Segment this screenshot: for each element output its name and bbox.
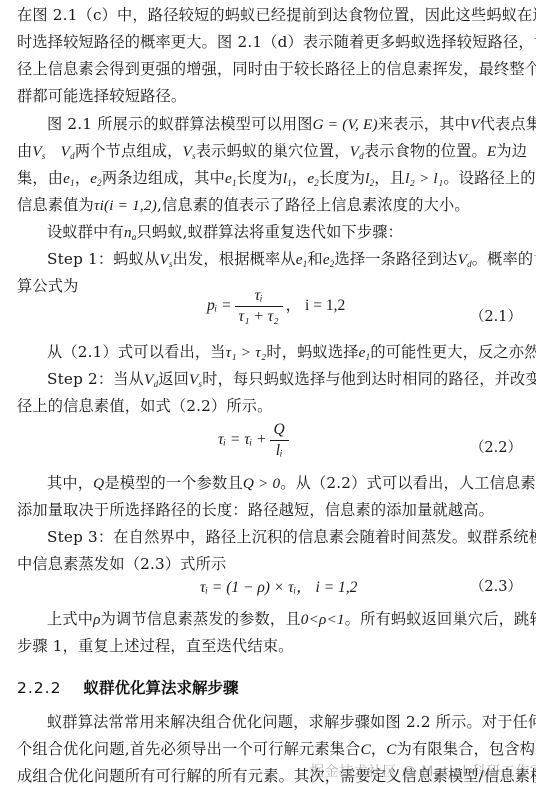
paragraph-line: Step 3：在自然界中，路径上沉积的信息素会随着时间蒸发。蚁群系统模型 [47,527,525,547]
text: ,信息素的值表示了路径上信息素浓度的大小。 [157,196,470,214]
paragraph-line: 添加量取决于所选择路径的长度：路径越短，信息素的添加量就越高。 [17,500,525,520]
paragraph-line: 时选择较短路径的概率更大。图 2.1（d）表示随着更多蚂蚁选择较短路径，该路 [17,32,525,52]
text: 时，蚂蚁选择 [266,343,358,361]
math-inequality: l₂ > l₁ [405,170,443,187]
math-var: na [124,224,137,241]
paragraph-line: Step 2：当从Vd返回Vs时，每只蚂蚁选择与他到达时相同的路径，并改变路 [47,369,525,390]
text: 来表示，其中 [378,115,470,133]
text: 上式中 [47,610,93,628]
paragraph-line: 径上的信息素值，如式（2.2）所示。 [17,396,525,416]
math-var: e2 [307,170,319,187]
paragraph-line: Step 1：蚂蚁从Vs出发，根据概率从e1和e2选择一条路径到达Vd。概率的计 [47,249,525,270]
text: ， [371,740,386,758]
text: 选择一条路径到达 [334,250,457,268]
equation-2-2: τᵢ = τᵢ +Qlᵢ [218,420,292,461]
text: Step 2：当从 [47,370,144,388]
math-expr: τi(i = 1,2) [94,197,157,214]
text: 从（2.1）式可以看出，当 [47,343,226,361]
math-inequality: 0<ρ<1 [301,611,345,628]
math-var: Vd [458,251,472,268]
equation-number: （2.1） [470,305,522,326]
math-var: V [470,116,479,133]
text: 代表点集， [480,115,536,133]
math-var: Vs [189,371,202,388]
text: 为调节信息素蒸发的参数，且 [101,610,301,628]
text: 时，每只蚂蚁选择与他到达时相同的路径，并改变路 [202,370,536,388]
paragraph-line: 其中，Q是模型的一个参数且Q > 0。从（2.2）式可以看出，人工信息素的 [47,473,525,494]
paragraph-line: 中信息素蒸发如（2.3）式所示 [17,554,525,574]
paragraph-line: 步骤 1，重复上述过程，直至迭代结束。 [17,636,525,656]
paragraph-line: 径上信息素会得到更强的增强，同时由于较长路径上的信息素挥发，最终整个蚁 [17,59,525,79]
equation-2-3: τᵢ = (1 − ρ) × τᵢ， i = 1,2 [200,575,357,597]
math-inequality: τ₁ > τ₂ [226,344,267,361]
text: 。设路径上的 [443,169,535,187]
math-var: Q [93,475,104,492]
watermark: 掘金技术社区 @ Matlab科研工作室 [310,761,536,781]
math-var: Vd [61,143,75,160]
text: 长度为 [319,169,365,187]
math-var: Vd [350,143,364,160]
math-inequality: Q > 0 [243,475,280,492]
paragraph-line: 由Vs Vd两个节点组成，Vs表示蚂蚁的巢穴位置，Vd表示食物的位置。E为边 [17,141,525,162]
paragraph-line: 信息素值为τi(i = 1,2),信息素的值表示了路径上信息素浓度的大小。 [17,195,525,216]
text: 的可能性更大，反之亦然。 [370,343,536,361]
text: 表示食物的位置。 [364,142,487,160]
math-var: Vs [32,143,45,160]
text: ，且 [374,169,405,187]
math-var: Vs [159,251,172,268]
math-var: Vd [144,371,158,388]
paragraph-line: 图 2.1 所展示的蚁群算法模型可以用图G = (V, E)来表示，其中V代表点… [47,114,525,135]
text: 其中， [47,474,93,492]
text: 两条边组成，其中 [102,169,225,187]
section-title: 蚁群优化算法求解步骤 [83,679,238,697]
math-var: e1 [296,251,308,268]
paragraph-line: 个组合优化问题,首先必须导出一个可行解元素集合C，C为有限集合，包含构 [17,739,525,760]
section-number: 2.2.2 [17,679,61,697]
paragraph-line: 上式中ρ为调节信息素蒸发的参数，且0<ρ<1。所有蚂蚁返回巢穴后，跳转 [47,609,525,630]
text: 。概率的计 [472,250,536,268]
text: 设蚁群中有 [47,223,124,241]
text: 表示蚂蚁的巢穴位置， [196,142,350,160]
math-var: l2 [365,170,374,187]
text: 长度为 [237,169,283,187]
text: 返回 [158,370,189,388]
text: 图 2.1 所展示的蚁群算法模型可以用图 [47,115,313,133]
text: ， [292,169,307,187]
section-heading: 2.2.2蚁群优化算法求解步骤 [17,676,238,698]
math-var: E [487,143,496,160]
text: 出发，根据概率从 [173,250,296,268]
paragraph-line: 蚁群算法常常用来解决组合优化问题，求解步骤如图 2.2 所示。对于任何一 [47,712,525,732]
math-var: l1 [283,170,292,187]
text: 信息素值为 [17,196,94,214]
text: 为边 [496,142,527,160]
math-var: e1 [63,170,75,187]
math-var: ρ [93,611,101,628]
text: 集，由 [17,169,63,187]
math-var: e2 [90,170,102,187]
text: 和 [307,250,322,268]
equation-number: （2.3） [470,575,522,596]
text: 为有限集合，包含构 [397,740,536,758]
text: 。所有蚂蚁返回巢穴后，跳转 [345,610,536,628]
math-var: C [386,741,396,758]
paragraph-line: 群都可能选择较短路径。 [17,86,525,106]
math-var: e1 [359,344,371,361]
text: 。从（2.2）式可以看出，人工信息素的 [280,474,536,492]
paragraph-line: 在图 2.1（c）中，路径较短的蚂蚁已经提前到达食物位置，因此这些蚂蚁在返回 [17,5,525,25]
text: 个组合优化问题,首先必须导出一个可行解元素集合 [17,740,361,758]
paragraph-line: 设蚁群中有na只蚂蚁,蚁群算法将重复迭代如下步骤： [47,222,525,243]
text: 由 [17,142,32,160]
text: 两个节点组成， [75,142,183,160]
math-var: C [361,741,371,758]
text: 只蚂蚁,蚁群算法将重复迭代如下步骤： [136,223,403,241]
text: ， [75,169,90,187]
math-var: e2 [323,251,335,268]
paragraph-line: 从（2.1）式可以看出，当τ₁ > τ₂时，蚂蚁选择e1的可能性更大，反之亦然。 [47,342,525,363]
text: Step 1：蚂蚁从 [47,250,159,268]
paragraph-line: 集，由e1，e2两条边组成，其中e1长度为l1，e2长度为l2，且l₂ > l₁… [17,168,525,189]
equation-number: （2.2） [470,436,522,457]
graph-notation: G = (V, E) [313,116,378,133]
math-var: e1 [225,170,237,187]
text: 是模型的一个参数且 [104,474,243,492]
equation-2-1: pᵢ =τᵢτ₁ + τ₂， i = 1,2 [207,286,345,327]
math-var: Vs [183,143,196,160]
